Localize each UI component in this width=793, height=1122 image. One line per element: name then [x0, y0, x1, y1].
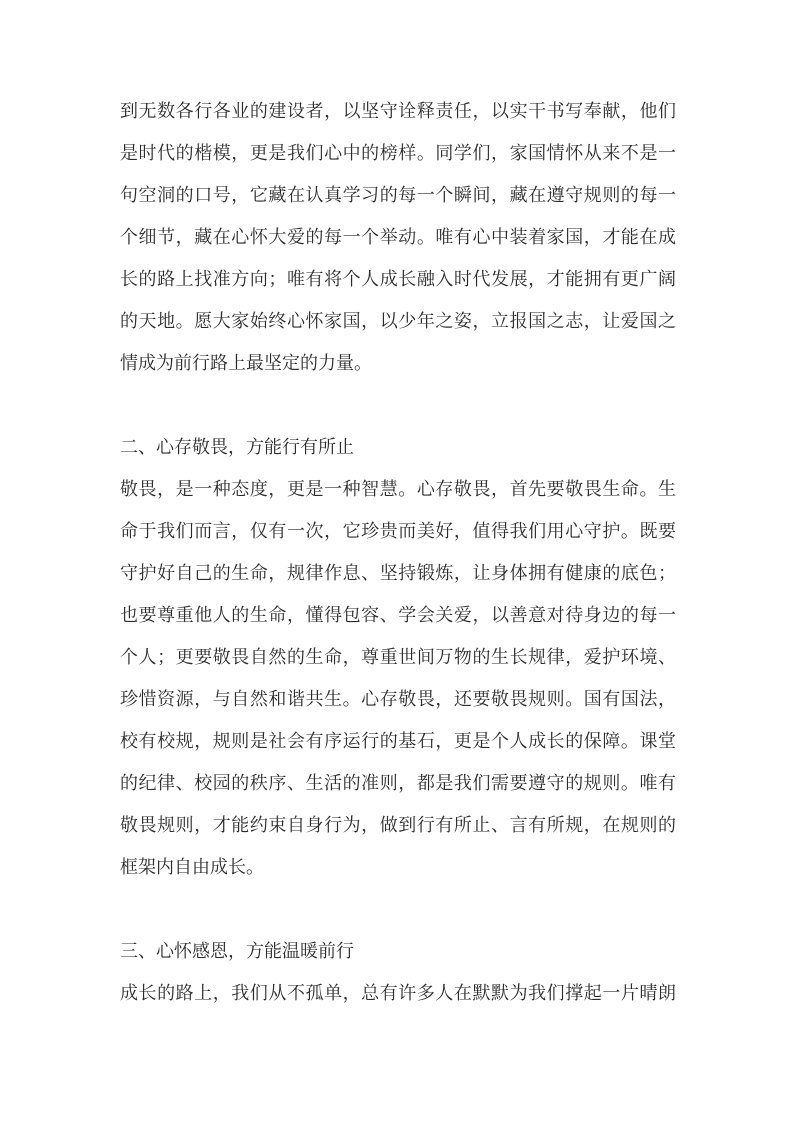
paragraph-gratitude: 成长的路上，我们从不孤单，总有许多人在默默为我们撑起一片晴朗	[120, 972, 676, 1014]
text-line: 守护好自己的生命，规律作息、坚持锻炼，让身体拥有健康的底色；	[120, 552, 676, 594]
text-line: 敬畏规则，才能约束自身行为，做到行有所止、言有所规，在规则的	[120, 804, 676, 846]
document-page: 到无数各行各业的建设者，以坚守诠释责任，以实干书写奉献，他们 是时代的楷模，更是…	[0, 0, 793, 1122]
text-line: 校有校规，规则是社会有序运行的基石，更是个人成长的保障。课堂	[120, 720, 676, 762]
text-line: 到无数各行各业的建设者，以坚守诠释责任，以实干书写奉献，他们	[120, 90, 676, 132]
section-heading-3: 三、心怀感恩，方能温暖前行	[120, 930, 676, 972]
text-line: 也要尊重他人的生命，懂得包容、学会关爱，以善意对待身边的每一	[120, 594, 676, 636]
text-line: 框架内自由成长。	[120, 846, 676, 888]
text-line: 句空洞的口号，它藏在认真学习的每一个瞬间，藏在遵守规则的每一	[120, 174, 676, 216]
paragraph-family-country: 到无数各行各业的建设者，以坚守诠释责任，以实干书写奉献，他们 是时代的楷模，更是…	[120, 90, 676, 384]
section-heading-2: 二、心存敬畏，方能行有所止	[120, 426, 676, 468]
text-line: 的纪律、校园的秩序、生活的准则，都是我们需要遵守的规则。唯有	[120, 762, 676, 804]
text-line: 珍惜资源，与自然和谐共生。心存敬畏，还要敬畏规则。国有国法，	[120, 678, 676, 720]
text-line: 情成为前行路上最坚定的力量。	[120, 342, 676, 384]
text-line: 个细节，藏在心怀大爱的每一个举动。唯有心中装着家国，才能在成	[120, 216, 676, 258]
text-line: 命于我们而言，仅有一次，它珍贵而美好，值得我们用心守护。既要	[120, 510, 676, 552]
text-line: 是时代的楷模，更是我们心中的榜样。同学们，家国情怀从来不是一	[120, 132, 676, 174]
text-line: 个人；更要敬畏自然的生命，尊重世间万物的生长规律，爱护环境、	[120, 636, 676, 678]
text-line: 的天地。愿大家始终心怀家国，以少年之姿，立报国之志，让爱国之	[120, 300, 676, 342]
text-line: 敬畏，是一种态度，更是一种智慧。心存敬畏，首先要敬畏生命。生	[120, 468, 676, 510]
paragraph-reverence: 敬畏，是一种态度，更是一种智慧。心存敬畏，首先要敬畏生命。生 命于我们而言，仅有…	[120, 468, 676, 888]
paragraph-spacer	[120, 384, 676, 426]
text-line: 成长的路上，我们从不孤单，总有许多人在默默为我们撑起一片晴朗	[120, 972, 676, 1014]
text-line: 长的路上找准方向；唯有将个人成长融入时代发展，才能拥有更广阔	[120, 258, 676, 300]
paragraph-spacer	[120, 888, 676, 930]
